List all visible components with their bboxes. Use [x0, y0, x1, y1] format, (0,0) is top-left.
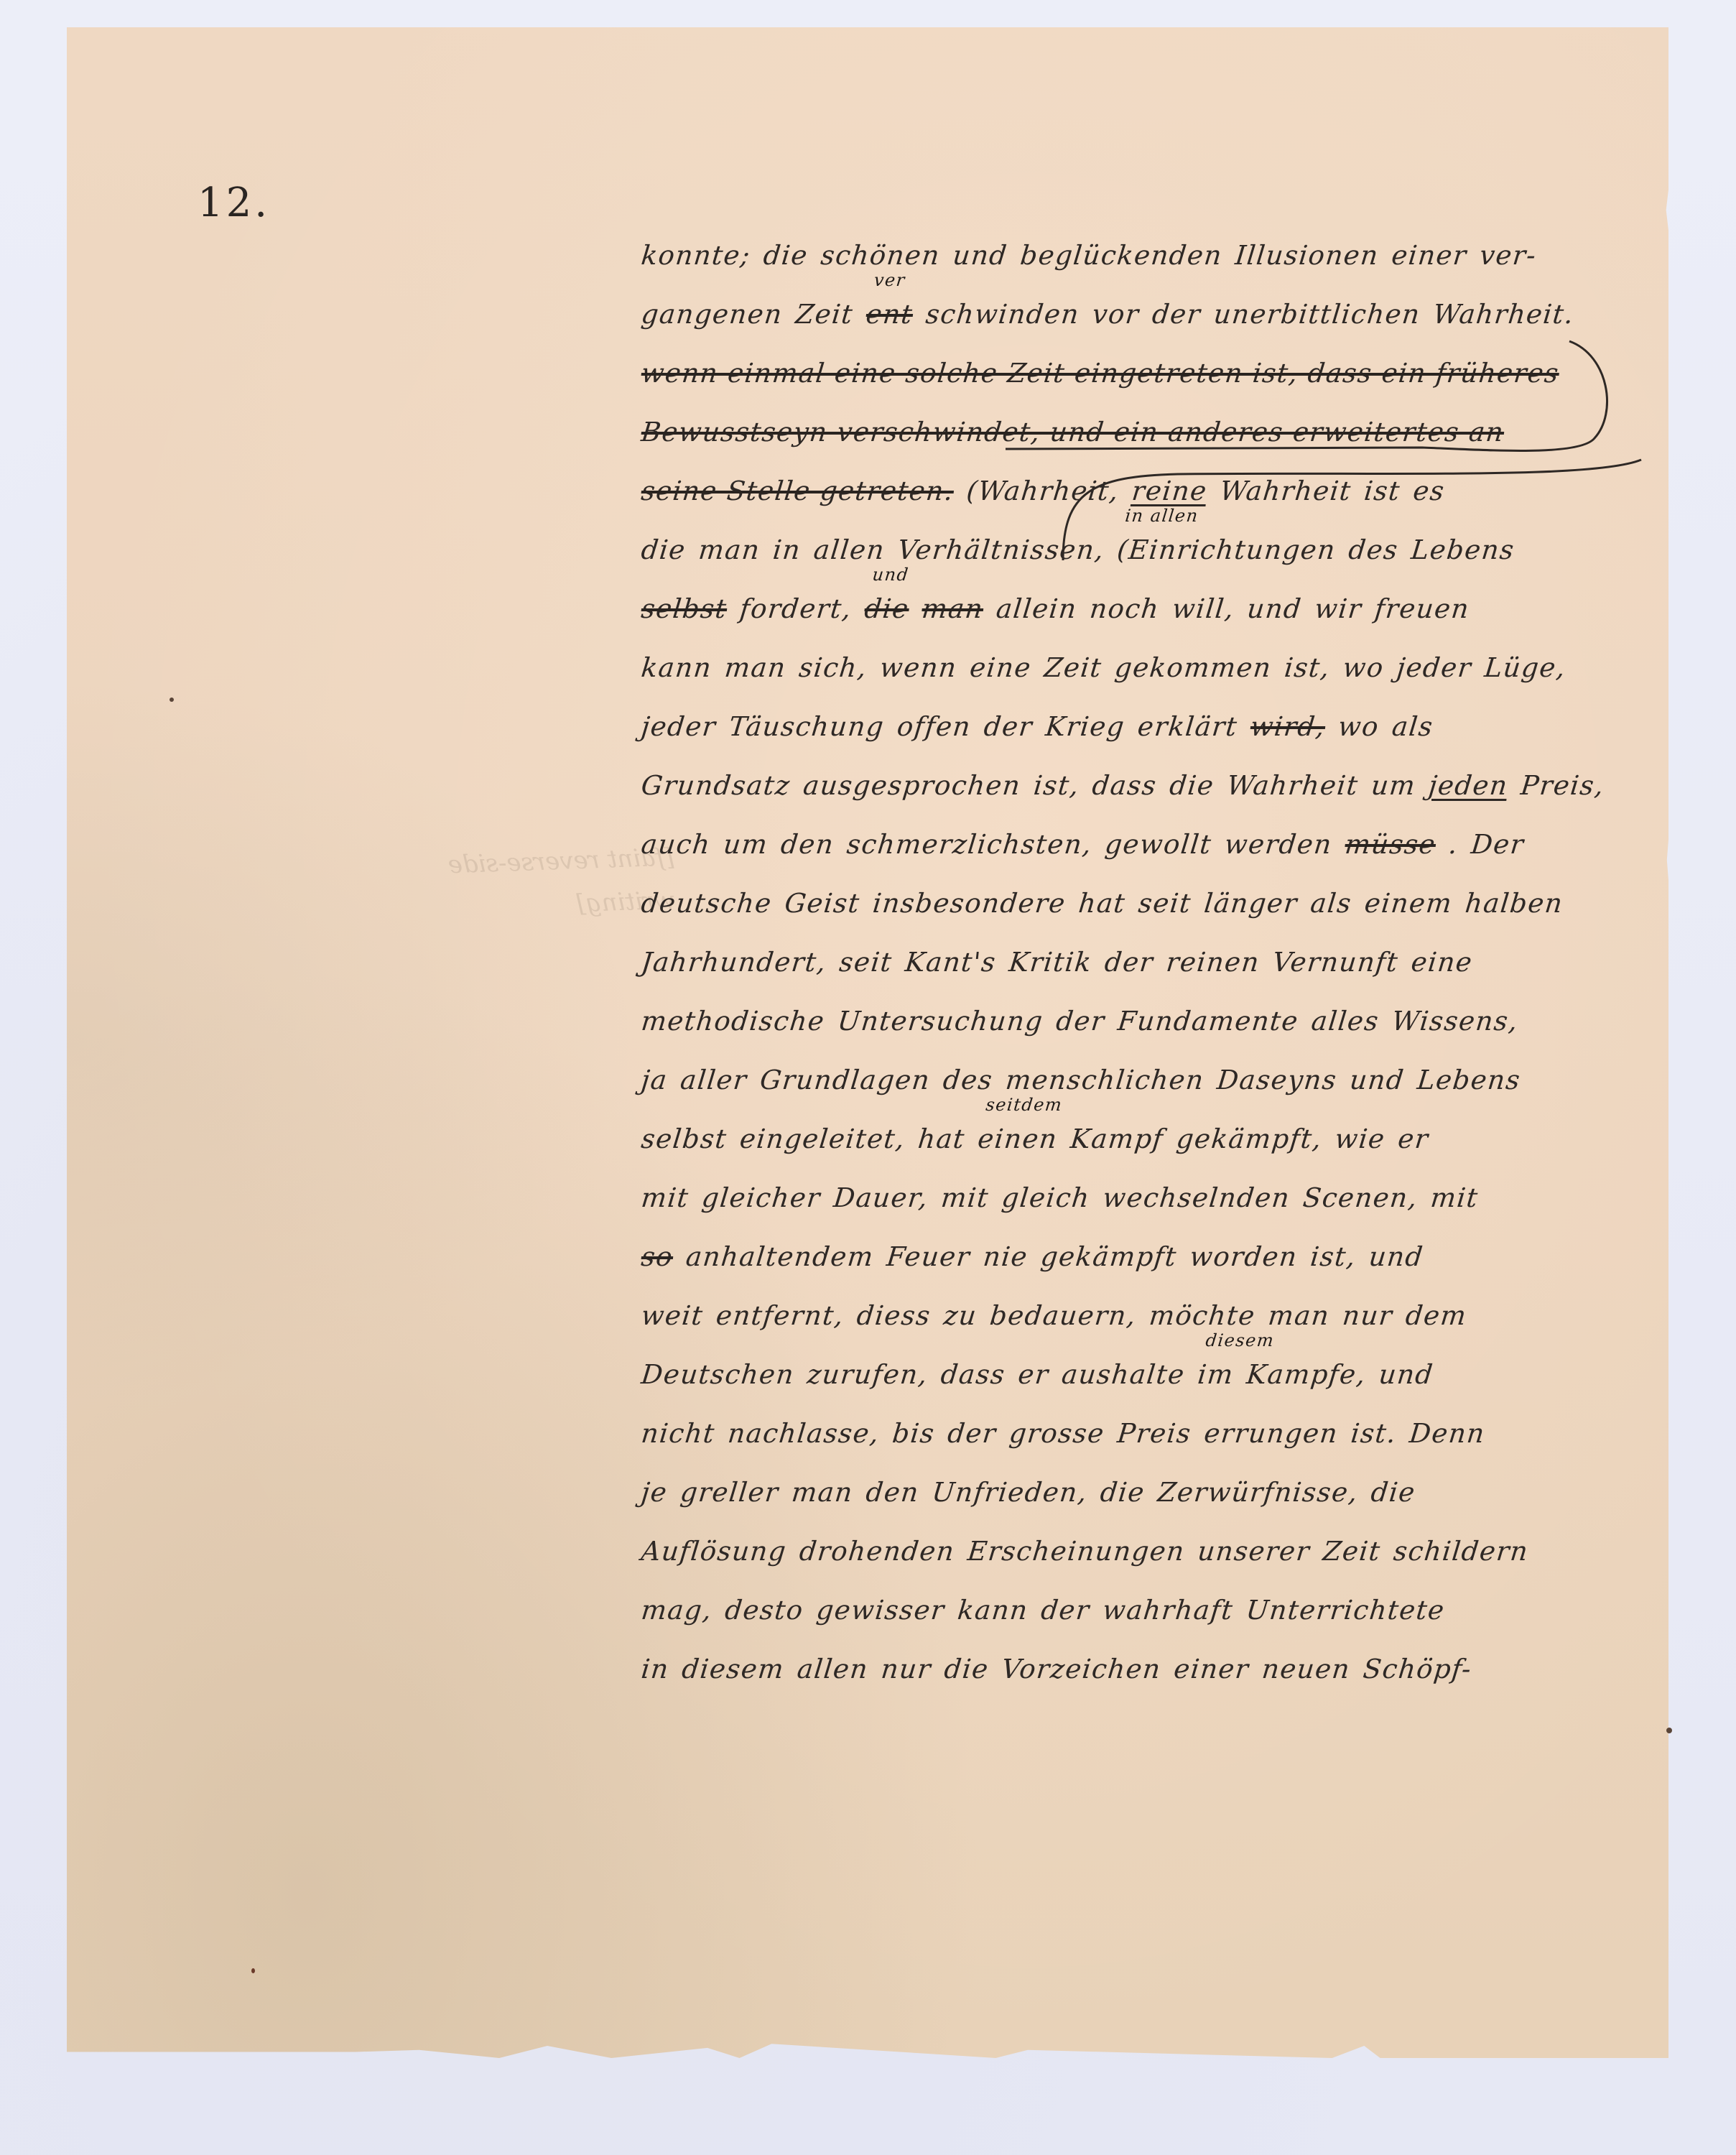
- word-text: er: [1396, 1123, 1430, 1154]
- word: fordert,: [738, 593, 853, 624]
- word-text: Kant's: [904, 947, 998, 978]
- word: Kampf: [1069, 1123, 1165, 1154]
- word-text: noch: [1088, 593, 1161, 624]
- word-text: insbesondere: [871, 888, 1067, 919]
- word-text: um: [722, 829, 769, 860]
- word-text: in: [771, 534, 802, 565]
- word: gekämpft,: [1175, 1123, 1324, 1154]
- word: Jahrhundert,: [640, 947, 828, 978]
- word-text: schwinden: [924, 299, 1081, 330]
- word-text: ent: [865, 299, 915, 330]
- word: hat: [916, 1123, 967, 1154]
- word-text: müsse: [1344, 829, 1438, 860]
- word-text: Wahrheit: [1218, 476, 1352, 506]
- word: greller: [679, 1477, 781, 1508]
- word: konnte;: [640, 240, 753, 271]
- word: man: [1267, 1300, 1332, 1331]
- ink-spot: [170, 698, 174, 702]
- word: allein: [995, 593, 1079, 624]
- word: (Wahrheit,: [965, 476, 1121, 506]
- word: und: [1348, 1065, 1406, 1095]
- word: gangenen: [640, 299, 784, 330]
- word-text: man: [790, 1477, 855, 1508]
- struck-word: selbst: [640, 593, 729, 624]
- word-text: Wahrheit.: [1431, 299, 1576, 330]
- word-text: Wahrheit: [1225, 770, 1360, 801]
- word-text: (Einrichtungen: [1115, 534, 1337, 565]
- word-text: hat: [1077, 888, 1128, 919]
- word-text: diesem: [680, 1654, 786, 1684]
- word: Lebens: [1410, 534, 1516, 565]
- word: insbesondere: [871, 888, 1067, 919]
- word-text: wo: [1342, 652, 1385, 683]
- word-text: je: [640, 1477, 669, 1508]
- word-text: Grundlagen: [758, 1065, 932, 1095]
- word: Fundamente: [1116, 1006, 1300, 1037]
- text-line: gangenenZeitentverschwindenvorderunerbit…: [640, 271, 1623, 330]
- underlined-word: jeden: [1427, 770, 1510, 801]
- word-text: in: [640, 1654, 671, 1684]
- word-text: Unfrieden,: [931, 1477, 1090, 1508]
- word-text: Kritik: [1008, 947, 1094, 978]
- word: wenn: [878, 652, 959, 683]
- word-text: selbst: [640, 593, 729, 624]
- word: kann: [956, 1595, 1030, 1626]
- word-text: Krieg: [1044, 711, 1127, 742]
- struck-word: entver: [865, 299, 915, 330]
- word: Scenen,: [1301, 1182, 1419, 1213]
- word: beglückenden: [1018, 240, 1224, 271]
- word: nur: [1341, 1300, 1394, 1331]
- word-text: greller: [679, 1477, 781, 1508]
- word-text: als: [1309, 888, 1353, 919]
- text-line: nichtnachlasse,bisdergrossePreiserrungen…: [640, 1390, 1623, 1449]
- word-text: bis: [891, 1418, 937, 1449]
- word-text: allen: [812, 534, 886, 565]
- word: mit: [939, 1182, 990, 1213]
- word: Täuschung: [728, 711, 886, 742]
- word: nachlasse,: [726, 1418, 881, 1449]
- word: menschlichen: [1004, 1065, 1206, 1095]
- word: Preis,: [1519, 770, 1606, 801]
- word-text: Kampfe,: [1245, 1359, 1368, 1390]
- word-text: die: [762, 240, 809, 271]
- word: Kritik: [1008, 947, 1094, 978]
- struck-word: seine Stelle getreten.: [640, 476, 956, 506]
- word: erklärt: [1136, 711, 1239, 742]
- word: wahrhaft: [1101, 1595, 1235, 1626]
- word-text: worden: [1188, 1241, 1299, 1272]
- word: Vorzeichen: [1000, 1654, 1162, 1684]
- word-text: Dauer,: [832, 1182, 929, 1213]
- word-text: den: [865, 1477, 921, 1508]
- word: werden: [1223, 829, 1334, 860]
- word-text: deutsche: [640, 888, 774, 919]
- word-text: desto: [723, 1595, 805, 1626]
- word-text: Feuer: [885, 1241, 972, 1272]
- cancelled-text-line: wenn einmal eine solche Zeit eingetreten…: [640, 330, 1623, 389]
- word: einer: [1172, 1654, 1250, 1684]
- word: noch: [1088, 593, 1161, 624]
- word: Zeit: [1322, 1536, 1383, 1567]
- word: Zeit: [1043, 652, 1104, 683]
- word: weit: [640, 1300, 705, 1331]
- word-text: Illusionen: [1234, 240, 1380, 271]
- word: diess: [855, 1300, 932, 1331]
- text-line: jegrellermandenUnfrieden,dieZerwürfnisse…: [640, 1449, 1623, 1508]
- word-text: Täuschung: [728, 711, 886, 742]
- word-text: ist.: [1350, 1418, 1398, 1449]
- word-text: Lüge,: [1483, 652, 1568, 683]
- word-text: wo: [1337, 711, 1380, 742]
- word-text: der: [1151, 299, 1202, 330]
- word-text: die: [1370, 1477, 1417, 1508]
- word: die: [762, 240, 809, 271]
- word-text: schönen: [820, 240, 942, 271]
- word-text: freuen: [1373, 593, 1471, 624]
- word: zu: [942, 1300, 979, 1331]
- word-text: er: [1016, 1359, 1050, 1390]
- word: Erscheinungen: [966, 1536, 1187, 1567]
- word-text: der: [946, 1418, 998, 1449]
- word-text: jeder: [1396, 652, 1474, 683]
- word: den: [779, 829, 835, 860]
- word: (Einrichtungenin allen: [1115, 534, 1337, 565]
- word: diesem: [680, 1654, 786, 1684]
- word: errungen: [1202, 1418, 1340, 1449]
- word-text: und: [1378, 1359, 1435, 1390]
- word: jeder: [640, 711, 718, 742]
- word: er: [1016, 1359, 1050, 1390]
- word-text: im: [1196, 1359, 1235, 1390]
- word-text: man: [1267, 1300, 1332, 1331]
- text-line: kannmansich,wenneineZeitgekommenist,woje…: [640, 624, 1623, 683]
- word-text: will,: [1171, 593, 1236, 624]
- word: Lüge,: [1483, 652, 1568, 683]
- word: die: [943, 1654, 990, 1684]
- word-text: grosse: [1008, 1418, 1106, 1449]
- word: Kampfe,: [1245, 1359, 1368, 1390]
- word-text: gewisser: [815, 1595, 947, 1626]
- word: zurufen,: [806, 1359, 930, 1390]
- word-text: offen: [896, 711, 973, 742]
- word-text: möchte: [1148, 1300, 1257, 1331]
- word-text: und: [1348, 1065, 1406, 1095]
- word-text: Grundsatz: [640, 770, 792, 801]
- word-text: Fundamente: [1116, 1006, 1300, 1037]
- word-text: bedauern,: [988, 1300, 1138, 1331]
- word-text: Kampf: [1069, 1123, 1165, 1154]
- text-line: Grundsatzausgesprochenist,dassdieWahrhei…: [640, 742, 1623, 801]
- word-text: gewollt: [1103, 829, 1213, 860]
- word-text: Deutschen: [640, 1359, 797, 1390]
- word: gekommen: [1113, 652, 1273, 683]
- word: .: [1447, 829, 1460, 860]
- word-text: des: [1347, 534, 1400, 565]
- word-text: eingeleitet,: [738, 1123, 907, 1154]
- text-line: jederTäuschungoffenderKriegerklärtwird,w…: [640, 683, 1623, 742]
- word-text: Lebens: [1416, 1065, 1522, 1095]
- interlinear-insertion: seitdem: [985, 1095, 1064, 1115]
- word: als: [1391, 711, 1435, 742]
- word: und: [1378, 1359, 1435, 1390]
- text-line: konnte;dieschönenundbeglückendenIllusion…: [640, 212, 1623, 271]
- word: Wahrheit.: [1431, 299, 1576, 330]
- word-text: seit: [1137, 888, 1193, 919]
- word-text: einem: [1363, 888, 1454, 919]
- word-text: gleich: [1001, 1182, 1092, 1213]
- word-text: Daseyns: [1215, 1065, 1338, 1095]
- word-text: mit: [640, 1182, 691, 1213]
- word-text: seine Stelle getreten.: [640, 476, 956, 506]
- word: als: [1309, 888, 1353, 919]
- word-text: alles: [1310, 1006, 1381, 1037]
- word: unserer: [1196, 1536, 1312, 1567]
- interlinear-insertion: diesem: [1204, 1330, 1275, 1350]
- word: einenseitdem: [976, 1123, 1059, 1154]
- word-text: so: [640, 1241, 675, 1272]
- word: aller: [679, 1065, 748, 1095]
- word-text: der: [1103, 947, 1155, 978]
- word: schönen: [820, 240, 942, 271]
- word: wo: [1337, 711, 1380, 742]
- word: ist,: [1032, 770, 1081, 801]
- word: allen: [812, 534, 886, 565]
- word-text: wir: [1313, 593, 1363, 624]
- word: freuen: [1373, 593, 1471, 624]
- word-text: ist,: [1032, 770, 1081, 801]
- word: eine: [968, 652, 1033, 683]
- underlined-word: reine: [1131, 476, 1209, 506]
- word-text: erklärt: [1136, 711, 1239, 742]
- word: nicht: [640, 1418, 717, 1449]
- word: Zeit: [794, 299, 855, 330]
- word-text: wie: [1333, 1123, 1386, 1154]
- word-text: reine: [1131, 476, 1209, 506]
- text-line: methodischeUntersuchungderFundamentealle…: [640, 978, 1623, 1037]
- word-text: wenn einmal eine solche Zeit eingetreten…: [640, 358, 1561, 389]
- word: Grundlagen: [758, 1065, 932, 1095]
- word-text: konnte;: [640, 240, 753, 271]
- word-text: beglückenden: [1018, 240, 1224, 271]
- word-text: wechselnden: [1101, 1182, 1291, 1213]
- word: die: [1168, 770, 1215, 801]
- word-text: länger: [1202, 888, 1299, 919]
- word-text: methodische: [640, 1006, 827, 1037]
- word: den: [865, 1477, 921, 1508]
- word: neuen: [1261, 1654, 1352, 1684]
- word: gekämpft: [1039, 1241, 1179, 1272]
- word: mit: [640, 1182, 691, 1213]
- word: mag,: [640, 1595, 714, 1626]
- word-text: gleicher: [700, 1182, 822, 1213]
- word-text: Bewusstseyn verschwindet, und ein andere…: [640, 417, 1506, 448]
- word-text: gekämpft: [1039, 1241, 1179, 1272]
- text-line: seine Stelle getreten.(Wahrheit,reineWah…: [640, 448, 1623, 506]
- word-text: kann: [640, 652, 714, 683]
- struck-word: man: [920, 593, 985, 624]
- word: vor: [1091, 299, 1141, 330]
- word-text: Vorzeichen: [1000, 1654, 1162, 1684]
- text-line: mitgleicherDauer,mitgleichwechselndenSce…: [640, 1154, 1623, 1213]
- word-text: dass: [939, 1359, 1007, 1390]
- word: um: [722, 829, 769, 860]
- word: schmerzlichsten,: [845, 829, 1094, 860]
- word-text: die: [640, 534, 687, 565]
- word: Daseyns: [1215, 1065, 1338, 1095]
- word: Schöpf-: [1362, 1654, 1474, 1684]
- struck-word: wenn einmal eine solche Zeit eingetreten…: [640, 358, 1561, 389]
- word: um: [1370, 770, 1417, 801]
- word: und: [952, 240, 1009, 271]
- word-text: Wissens,: [1391, 1006, 1520, 1037]
- word-text: Untersuchung: [836, 1006, 1045, 1037]
- word: Auflösung: [640, 1536, 789, 1567]
- word: die: [1099, 1477, 1146, 1508]
- word: man: [697, 534, 762, 565]
- word: Kant's: [904, 947, 998, 978]
- word: schildern: [1392, 1536, 1530, 1567]
- word-text: Scenen,: [1301, 1182, 1419, 1213]
- word-text: ist,: [1283, 652, 1332, 683]
- word-text: diess: [855, 1300, 932, 1331]
- word: seit: [1137, 888, 1193, 919]
- word: und: [1368, 1241, 1425, 1272]
- word: Unterrichtete: [1245, 1595, 1447, 1626]
- word: eingeleitet,: [738, 1123, 907, 1154]
- word-text: Verhältnissen,: [896, 534, 1106, 565]
- word: die: [1370, 1477, 1417, 1508]
- word-text: und: [1245, 593, 1303, 624]
- word-text: mit: [939, 1182, 990, 1213]
- word-text: zu: [942, 1300, 979, 1331]
- text-line: Jahrhundert,seitKant'sKritikderreinenVer…: [640, 919, 1623, 978]
- word: einem: [1363, 888, 1454, 919]
- word-text: fordert,: [738, 593, 853, 624]
- word: grosse: [1008, 1418, 1106, 1449]
- text-line: selbsteingeleitet,hateinenseitdemKampfge…: [640, 1095, 1623, 1154]
- cancelled-text-line: Bewusstseyn verschwindet, und ein andere…: [640, 389, 1623, 448]
- word-text: mag,: [640, 1595, 714, 1626]
- word-text: man: [697, 534, 762, 565]
- word-text: nachlasse,: [726, 1418, 881, 1449]
- word: gewollt: [1103, 829, 1213, 860]
- text-line: indiesemallennurdieVorzeicheneinerneuenS…: [640, 1626, 1623, 1684]
- word-text: es: [1411, 476, 1446, 506]
- word: der: [1103, 947, 1155, 978]
- text-line: deutscheGeistinsbesonderehatseitlängeral…: [640, 860, 1623, 919]
- word: ausgesprochen: [802, 770, 1022, 801]
- word: der: [946, 1418, 998, 1449]
- word-text: Preis: [1116, 1418, 1193, 1449]
- word-text: menschlichen: [1004, 1065, 1206, 1095]
- word-text: die: [863, 593, 911, 624]
- word: Zerwürfnisse,: [1156, 1477, 1360, 1508]
- word: allen: [796, 1654, 870, 1684]
- word: man: [723, 652, 788, 683]
- word: Denn: [1408, 1418, 1487, 1449]
- word-text: gekommen: [1113, 652, 1273, 683]
- word: ist,: [1283, 652, 1332, 683]
- word-text: Geist: [783, 888, 861, 919]
- word: länger: [1202, 888, 1299, 919]
- word: Feuer: [885, 1241, 972, 1272]
- word-text: Vernunft: [1271, 947, 1400, 978]
- word: des: [942, 1065, 995, 1095]
- word: mit: [1429, 1182, 1480, 1213]
- word-text: nur: [880, 1654, 933, 1684]
- struck-word: dieund: [863, 593, 911, 624]
- word-text: den: [779, 829, 835, 860]
- word: Wahrheit: [1225, 770, 1360, 801]
- word: ja: [640, 1065, 669, 1095]
- word: Untersuchung: [836, 1006, 1045, 1037]
- word: je: [640, 1477, 669, 1508]
- word: und: [1245, 593, 1303, 624]
- word-text: jeden: [1427, 770, 1510, 801]
- word-text: aller: [679, 1065, 748, 1095]
- ink-spot: [251, 1968, 255, 1973]
- word-text: die: [1168, 770, 1215, 801]
- word-text: ist: [1363, 476, 1402, 506]
- text-line: jaallerGrundlagendesmenschlichenDaseynsu…: [640, 1037, 1623, 1095]
- word: desto: [723, 1595, 805, 1626]
- word: sich,: [797, 652, 868, 683]
- word-text: um: [1370, 770, 1417, 801]
- word-text: nur: [1341, 1300, 1394, 1331]
- word: wo: [1342, 652, 1385, 683]
- word: wie: [1333, 1123, 1386, 1154]
- word-text: als: [1391, 711, 1435, 742]
- word-text: ausgesprochen: [802, 770, 1022, 801]
- word-text: Zerwürfnisse,: [1156, 1477, 1360, 1508]
- word: nie: [982, 1241, 1030, 1272]
- word-text: auch: [640, 829, 712, 860]
- interlinear-insertion: ver: [873, 270, 907, 290]
- word-text: gekämpft,: [1175, 1123, 1324, 1154]
- text-line: diemaninallenVerhältnissen,(Einrichtunge…: [640, 506, 1623, 565]
- word-text: nicht: [640, 1418, 717, 1449]
- word-text: des: [942, 1065, 995, 1095]
- word: jeder: [1396, 652, 1474, 683]
- word: der: [1151, 299, 1202, 330]
- word-text: (Wahrheit,: [965, 476, 1121, 506]
- word: Krieg: [1044, 711, 1127, 742]
- word: Geist: [783, 888, 861, 919]
- word: dass: [939, 1359, 1007, 1390]
- struck-word: Bewusstseyn verschwindet, und ein andere…: [640, 417, 1506, 448]
- text-line: mag,destogewisserkannderwahrhaftUnterric…: [640, 1567, 1623, 1626]
- word: es: [1411, 476, 1446, 506]
- word: bis: [891, 1418, 937, 1449]
- word-text: wenn: [878, 652, 959, 683]
- word: dem: [1404, 1300, 1469, 1331]
- word: Verhältnissen,: [896, 534, 1106, 565]
- word-text: einer: [1390, 240, 1468, 271]
- word: schwinden: [924, 299, 1081, 330]
- word: Grundsatz: [640, 770, 792, 801]
- word: imdiesem: [1196, 1359, 1235, 1390]
- word: man: [790, 1477, 855, 1508]
- word: nur: [880, 1654, 933, 1684]
- word-text: seit: [837, 947, 893, 978]
- word: Wissens,: [1391, 1006, 1520, 1037]
- word: gleicher: [700, 1182, 822, 1213]
- word-text: wird,: [1249, 711, 1327, 742]
- text-line: soanhaltendemFeuerniegekämpftwordenist,u…: [640, 1213, 1623, 1272]
- word: ist: [1363, 476, 1402, 506]
- word-text: einer: [1172, 1654, 1250, 1684]
